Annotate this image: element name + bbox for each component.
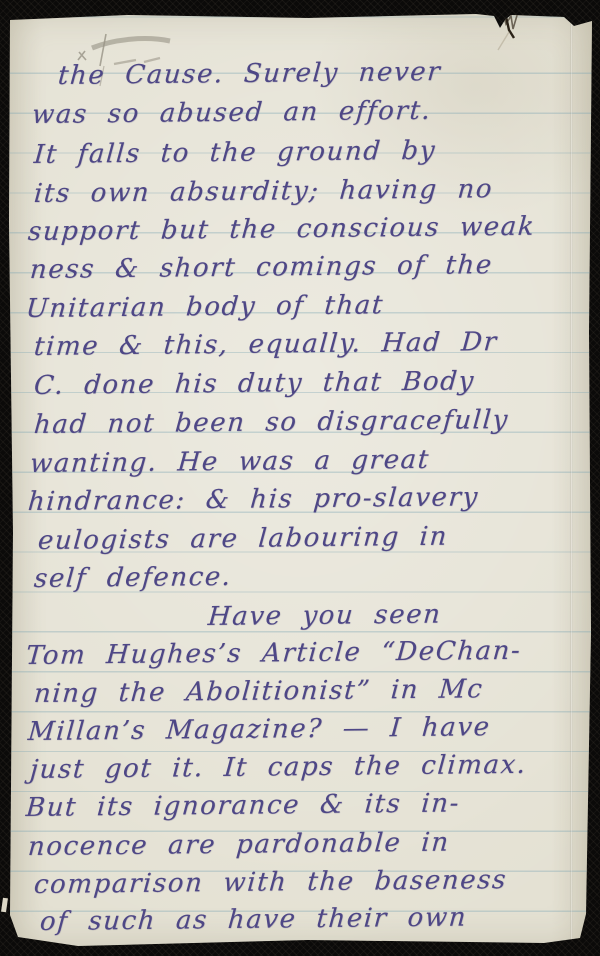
handwritten-line: Unitarian body of that xyxy=(25,289,385,325)
photo-background: the Cause. Surely never was so abused an… xyxy=(0,0,600,956)
handwritten-line: nocence are pardonable in xyxy=(27,827,451,863)
handwritten-line: ness & short comings of the xyxy=(29,249,494,286)
handwritten-line: just got it. It caps the climax. xyxy=(29,749,528,786)
handwritten-line: support but the conscious weak xyxy=(27,211,537,248)
handwritten-line: wanting. He was a great xyxy=(29,444,431,480)
handwritten-line: its own absurdity; having no xyxy=(33,173,495,210)
handwritten-line: self defence. xyxy=(33,561,233,595)
handwritten-line: ning the Abolitionist” in Mc xyxy=(33,673,485,710)
handwritten-line: the Cause. Surely never xyxy=(57,56,443,92)
handwritten-line: C. done his duty that Body xyxy=(33,365,476,402)
handwritten-line: was so abused an effort. xyxy=(31,95,433,131)
handwritten-line: Have you seen xyxy=(207,599,443,633)
letter-page: the Cause. Surely never was so abused an… xyxy=(8,12,592,946)
tear-mark xyxy=(484,10,538,58)
handwritten-line: But its ignorance & its in- xyxy=(25,787,461,824)
handwritten-line: of such as have their own xyxy=(39,902,469,939)
handwritten-line: Millan’s Magazine? — I have xyxy=(27,711,492,748)
handwritten-line: hindrance: & his pro-slavery xyxy=(27,481,480,518)
handwritten-line: eulogists are labouring in xyxy=(37,521,449,557)
handwritten-line: comparison with the baseness xyxy=(33,864,509,901)
fold-crease xyxy=(570,12,573,946)
handwritten-line: had not been so disgracefully xyxy=(33,404,510,441)
handwritten-line: time & this, equally. Had Dr xyxy=(33,326,499,363)
handwritten-line: It falls to the ground by xyxy=(33,135,437,171)
handwritten-line: Tom Hughes’s Article “DeChan- xyxy=(25,635,523,672)
